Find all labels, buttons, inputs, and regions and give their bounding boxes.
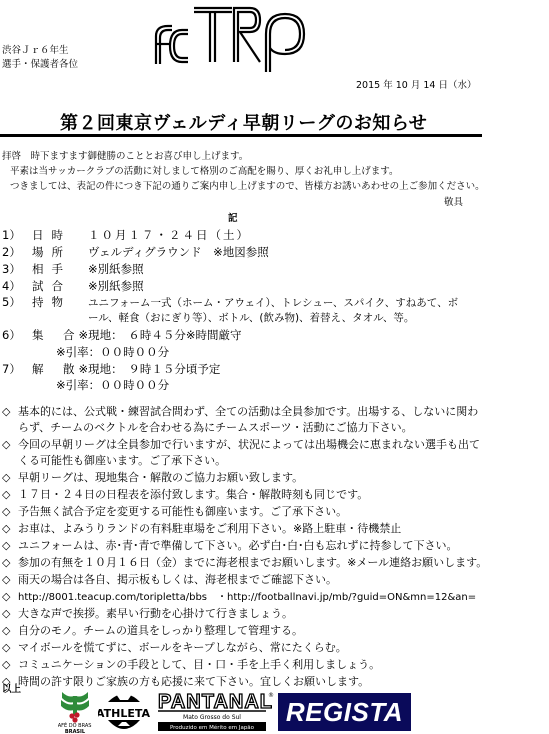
athleta-logo: ATHLETA bbox=[98, 690, 150, 734]
item-belongings-cont: ール、軽食（おにぎり等）、ボトル、(飲み物)、着替え、タオル、等。 bbox=[88, 310, 414, 326]
diamond-bullet-icon: ◇ bbox=[2, 572, 18, 588]
document-date: 2015 年 10 月 14 日（水） bbox=[356, 80, 476, 92]
item-belongings: 5）持物ユニフォーム一式（ホーム・アウェイ）、トレシュー、スパイク、すねあて、ボ bbox=[2, 294, 458, 311]
fctrp-logo bbox=[148, 4, 308, 72]
svg-text:BRASIL: BRASIL bbox=[65, 729, 86, 734]
diamond-bullet-icon: ◇ bbox=[2, 437, 18, 453]
svg-text:®: ® bbox=[268, 692, 274, 699]
svg-text:PANTANAL: PANTANAL bbox=[158, 691, 273, 713]
note-item: ◇ユニフォームは、赤･青･青で準備して下さい。必ず白･白･白も忘れずに持参して下… bbox=[2, 538, 457, 554]
diamond-bullet-icon: ◇ bbox=[2, 606, 18, 622]
note-item: ◇自分のモノ。チームの道具をしっかり整理して管理する。 bbox=[2, 623, 303, 639]
page-title: 第２回東京ヴェルディ早朝リーグのお知らせ bbox=[60, 109, 427, 135]
bbs-links[interactable]: http://8001.teacup.com/toripletta/bbs ・h… bbox=[18, 592, 476, 603]
note-item-cont: らず、チームのベクトルを合わせる為にチームスポーツ・活動にご協力下さい。 bbox=[18, 420, 413, 436]
item-opponent: 3）相手※別紙参照 bbox=[2, 261, 144, 277]
item-assembly-escort: ※引率：００時００分 bbox=[56, 344, 169, 360]
svg-text:Mato Grosso do Sul: Mato Grosso do Sul bbox=[183, 714, 241, 721]
item-dismissal: 7）解 散※現地： ９時１５分頃予定 bbox=[2, 361, 220, 377]
diamond-bullet-icon: ◇ bbox=[2, 657, 18, 673]
greeting-line-2: 平素は当サッカークラブの活動に対しまして格別のご高配を賜り、厚くお礼申し上げます… bbox=[10, 166, 399, 178]
end-mark: 以上 bbox=[2, 684, 21, 696]
note-item: ◇参加の有無を１０月１６日（金）までに海老根までお願いします。※メール連絡お願い… bbox=[2, 555, 487, 571]
svg-text:ATHLETA: ATHLETA bbox=[98, 707, 150, 720]
ki-heading: 記 bbox=[228, 213, 238, 225]
note-item: ◇今回の早朝リーグは全員参加で行いますが、状況によっては出場機会に恵まれない選手… bbox=[2, 437, 480, 453]
item-date: 1）日時１０月１７・２４日（土） bbox=[2, 227, 250, 243]
note-item: ◇基本的には、公式戦・練習試合問わず、全ての活動は全員参加です。出場する、しない… bbox=[2, 404, 478, 420]
note-item: ◇コミュニケーションの手段として、目・口・手を上手く利用しましょう。 bbox=[2, 657, 380, 673]
diamond-bullet-icon: ◇ bbox=[2, 589, 18, 605]
note-item-links: ◇http://8001.teacup.com/toripletta/bbs ・… bbox=[2, 589, 476, 606]
note-item: ◇１７日・２４日の日程表を添付致します。集合・解散時刻も同じです。 bbox=[2, 487, 368, 503]
item-assembly: 6）集 合※現地： ６時４５分※時間厳守 bbox=[2, 327, 242, 343]
svg-text:CAFÉ DO BRASIL: CAFÉ DO BRASIL bbox=[58, 721, 92, 729]
diamond-bullet-icon: ◇ bbox=[2, 504, 18, 520]
recipient-line-2: 選手・保護者各位 bbox=[2, 59, 78, 71]
diamond-bullet-icon: ◇ bbox=[2, 404, 18, 420]
diamond-bullet-icon: ◇ bbox=[2, 555, 18, 571]
item-dismissal-escort: ※引率：００時００分 bbox=[56, 377, 169, 393]
note-item: ◇雨天の場合は各自、掲示板もしくは、海老根までご確認下さい。 bbox=[2, 572, 337, 588]
item-place: 2）場所ヴェルディグラウンド ※地図参照 bbox=[2, 244, 269, 260]
title-underline bbox=[0, 134, 482, 137]
diamond-bullet-icon: ◇ bbox=[2, 470, 18, 486]
note-item-cont: くる可能性も御座います。ご了承下さい。 bbox=[18, 453, 226, 469]
diamond-bullet-icon: ◇ bbox=[2, 487, 18, 503]
greeting-line-3: つきましては、表記の件につき下記の通りご案内申し上げますので、皆様方お誘いあわせ… bbox=[10, 181, 485, 193]
diamond-bullet-icon: ◇ bbox=[2, 640, 18, 656]
diamond-bullet-icon: ◇ bbox=[2, 623, 18, 639]
item-match: 4）試合※別紙参照 bbox=[2, 278, 144, 294]
closing-keigu: 敬具 bbox=[444, 197, 463, 209]
svg-text:Produzido em Mérito em Japão: Produzido em Mérito em Japão bbox=[170, 724, 255, 731]
note-item: ◇マイボールを慌てずに、ボールをキープしながら、常にたくらむ。 bbox=[2, 640, 347, 656]
diamond-bullet-icon: ◇ bbox=[2, 521, 18, 537]
pantanal-logo: PANTANAL ® Mato Grosso do Sul Produzido … bbox=[156, 688, 274, 732]
regista-logo: REGISTA bbox=[278, 693, 411, 731]
diamond-bullet-icon: ◇ bbox=[2, 538, 18, 554]
note-item: ◇お車は、よみうりランドの有料駐車場をご利用下さい。※路上駐車・待機禁止 bbox=[2, 521, 401, 537]
greeting-line-1: 拝啓 時下ますます御健勝のこととお喜び申し上げます。 bbox=[2, 151, 248, 163]
cafe-do-brasil-logo: CAFÉ DO BRASIL BRASIL bbox=[58, 690, 92, 734]
note-item: ◇早朝リーグは、現地集合・解散のご協力お願い致します。 bbox=[2, 470, 303, 486]
note-item: ◇大きな声で挨拶。素早い行動を心掛けて行きましょう。 bbox=[2, 606, 293, 622]
note-item: ◇予告無く試合予定を変更する可能性も御座います。ご了承下さい。 bbox=[2, 504, 347, 520]
recipient-line-1: 渋谷Ｊｒ６年生 bbox=[2, 45, 69, 57]
